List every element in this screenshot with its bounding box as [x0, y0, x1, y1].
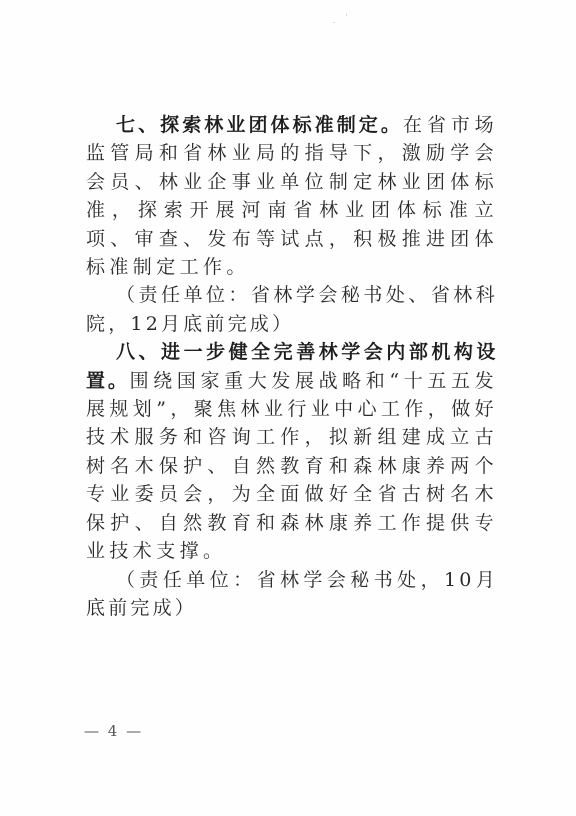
document-body: 七、探索林业团体标准制定。在省市场监管局和省林业局的指导下，激励学会会员、林业企… — [86, 111, 498, 622]
scan-artifact — [333, 22, 335, 23]
section-7-heading: 七、探索林业团体标准制定。 — [116, 114, 403, 136]
section-7-paragraph: 七、探索林业团体标准制定。在省市场监管局和省林业局的指导下，激励学会会员、林业企… — [86, 111, 498, 281]
page-number: — 4 — — [84, 722, 143, 740]
section-8-paragraph: 八、进一步健全完善林学会内部机构设置。围绕国家重大发展战略和“十五五发展规划”，… — [86, 338, 498, 565]
section-8-body: 围绕国家重大发展战略和“十五五发展规划”，聚焦林业行业中心工作，做好技术服务和咨… — [86, 370, 498, 562]
section-7-responsibility: （责任单位：省林学会秘书处、省林科院，12月底前完成） — [86, 281, 498, 338]
scan-artifact — [346, 14, 347, 16]
section-8-responsibility: （责任单位：省林学会秘书处，10月底前完成） — [86, 566, 498, 623]
section-7-body: 在省市场监管局和省林业局的指导下，激励学会会员、林业企事业单位制定林业团体标准，… — [86, 114, 498, 278]
document-page: 七、探索林业团体标准制定。在省市场监管局和省林业局的指导下，激励学会会员、林业企… — [0, 0, 576, 816]
